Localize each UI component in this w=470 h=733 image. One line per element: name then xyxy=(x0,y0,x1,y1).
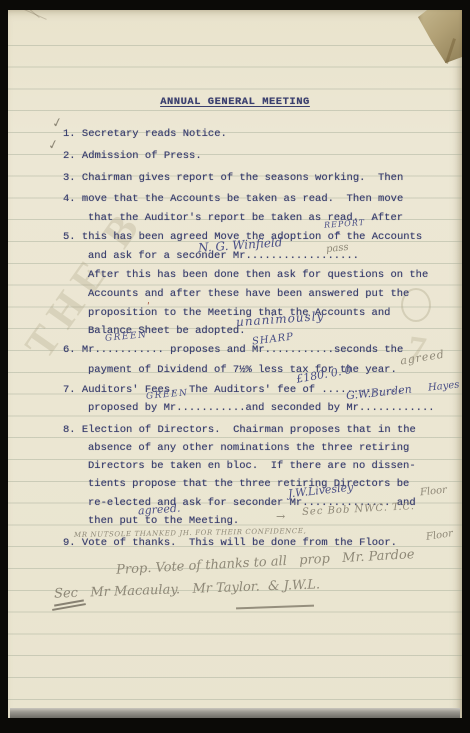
document-title: ANNUAL GENERAL MEETING xyxy=(8,96,462,108)
checkmark-item1: ✓ xyxy=(51,115,65,132)
insertion-caret: ^ xyxy=(334,232,342,242)
typed-line-item8-cont: tients propose that the three retiring D… xyxy=(88,478,409,490)
typed-line-item8-cont: then put to the Meeting. xyxy=(88,515,239,527)
torn-corner-patch xyxy=(418,10,462,63)
typed-line-item8: 8. Election of Directors. Chairman propo… xyxy=(63,424,416,436)
typed-line-item3: 3. Chairman gives report of the seasons … xyxy=(63,172,403,184)
typed-line-item5-cont: Accounts and after these have been answe… xyxy=(88,288,409,300)
seconder-name-item7-extra: Hayes xyxy=(428,379,460,393)
arrow-mark: → xyxy=(276,510,285,523)
typed-line-item5-cont: After this has been done then ask for qu… xyxy=(88,269,428,281)
typed-line-item1: 1. Secretary reads Notice. xyxy=(63,128,227,140)
typed-line-item2: 2. Admission of Press. xyxy=(63,150,202,162)
typed-line-item8-cont: Directors be taken en bloc. If there are… xyxy=(88,460,416,472)
scanned-document-photo: { "page": { "title": "ANNUAL GENERAL MEE… xyxy=(0,0,470,733)
ink-tick: ʹ xyxy=(147,302,150,313)
pencil-dash-line xyxy=(236,605,314,609)
typed-line-item9: 9. Vote of thanks. This will be done fro… xyxy=(63,537,397,549)
floor-note-item8: Floor xyxy=(419,485,447,499)
typed-line-item6: 6. Mr........... proposes and Mr........… xyxy=(63,344,403,356)
vote-of-thanks-proposed-note: Prop. Vote of thanks to all prop Mr. Par… xyxy=(116,547,415,578)
checkmark-item2: ✓ xyxy=(47,137,61,154)
agreed-note-item6: agreed xyxy=(399,348,445,368)
typed-line-item4: 4. move that the Accounts be taken as re… xyxy=(63,193,403,205)
typed-line-item8-cont: absence of any other nominations the thr… xyxy=(88,442,409,454)
embossed-watermark-text: THE B xyxy=(16,199,154,368)
typed-line-item7-cont: proposed by Mr...........and seconded by… xyxy=(88,402,435,414)
page-stack-edge xyxy=(10,708,460,718)
notebook-page: THE B 7 ANNUAL GENERAL MEETING 1. Secret… xyxy=(8,10,462,718)
floor-note-item9: Floor xyxy=(425,528,453,543)
pass-note: pass xyxy=(325,242,349,255)
vote-of-thanks-seconded-note: Sec Mr Macaulay. Mr Taylor. & J.W.L. xyxy=(54,577,320,601)
